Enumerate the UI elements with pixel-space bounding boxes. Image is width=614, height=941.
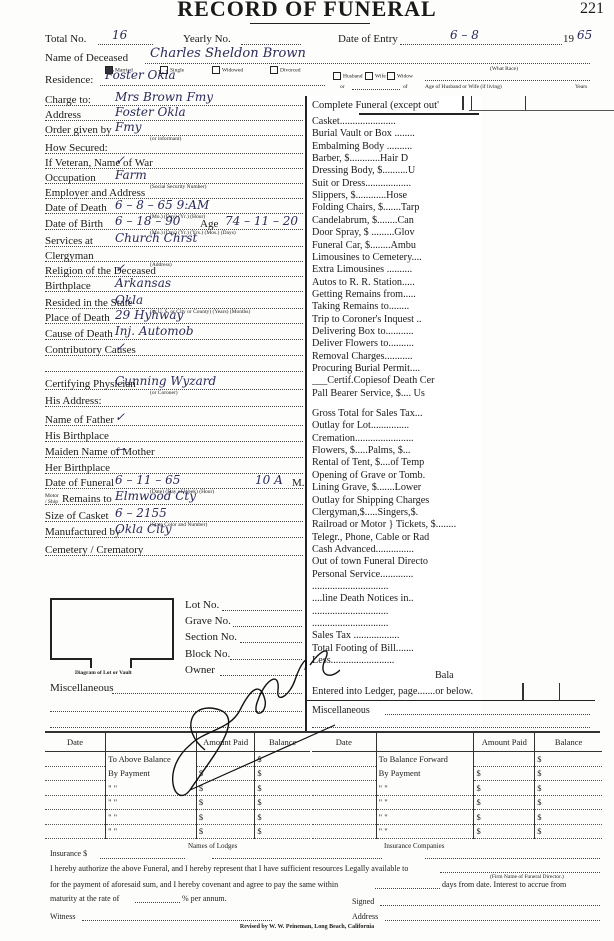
residence-label: Residence: [45, 74, 93, 87]
resided-in-the-state-value[interactable]: Okla [115, 293, 143, 307]
ledger-balance-cell[interactable]: $ [535, 752, 602, 767]
ledger-desc-cell: By Payment [376, 766, 474, 781]
ledger-box-right [559, 683, 560, 700]
remains-to-value[interactable]: Elmwood Cty [115, 489, 196, 503]
address-line[interactable] [45, 120, 303, 121]
charge-row[interactable]: Personal Service............. [312, 569, 413, 581]
order-given-by-label: Order given by [45, 124, 112, 137]
total-no-value[interactable]: 16 [112, 28, 127, 42]
ledger-desc-cell: To Balance Forward [376, 752, 474, 767]
funeral-meridiem: M. [292, 477, 305, 490]
manufactured-by-value[interactable]: Okla City [115, 522, 172, 536]
religion-of-the-deceased-value[interactable]: ✓ [115, 261, 125, 275]
marital-divorced[interactable]: Divorced [270, 66, 300, 74]
ledger-date-cell[interactable] [45, 824, 106, 839]
place-of-death-label: Place of Death [45, 312, 110, 325]
occupation-hint: (Social Security Number) [150, 184, 207, 190]
charges-amount-rule [469, 110, 614, 111]
date-of-death-label: Date of Death [45, 202, 107, 215]
funeral-hour-value[interactable]: 10 A [255, 473, 283, 487]
companies-line[interactable] [425, 858, 600, 859]
ledger-row: " "$$ [312, 810, 602, 825]
charge-row[interactable]: Railroad or Motor } Tickets, $........ [312, 519, 456, 531]
ledger-right-amount-header: Amount Paid [474, 733, 535, 752]
residence-line [100, 85, 325, 86]
order-given-by-hint: (or informant) [150, 136, 181, 142]
charge-row[interactable]: Cremation....................... [312, 433, 414, 445]
charge-row[interactable]: Procuring Burial Permit.... [312, 363, 420, 375]
charge-row[interactable]: Removal Charges........... [312, 351, 413, 363]
charge-row[interactable]: Dressing Body, $..........U [312, 165, 415, 177]
insurance-line[interactable] [100, 858, 185, 859]
ledger-amount-cell[interactable]: $ [196, 824, 254, 839]
ledger-amount-cell[interactable]: $ [474, 781, 535, 796]
if-veteran-name-of-war-value[interactable]: ✓ [115, 153, 125, 167]
charge-row[interactable]: Delivering Box to........... [312, 326, 414, 338]
page-number: 221 [580, 0, 604, 18]
charge-row[interactable]: Barber, $............Hair D [312, 153, 408, 165]
services-at-value[interactable]: Church Chrst [115, 231, 197, 245]
diagram-leg-right [130, 658, 132, 668]
ledger-balance-cell[interactable]: $ [535, 824, 602, 839]
interest-rate-line[interactable] [135, 902, 180, 903]
ledger-date-cell[interactable] [45, 766, 106, 781]
signed-label: Signed [352, 897, 374, 906]
residence-value[interactable]: Foster Okla [105, 68, 176, 82]
date-of-funeral-label: Date of Funeral [45, 477, 114, 490]
charge-row[interactable]: Funeral Car, $........Ambu [312, 240, 416, 252]
birthplace-label: Birthplace [45, 280, 91, 293]
charge-row[interactable]: Outlay for Lot............... [312, 420, 409, 432]
charge-row[interactable]: .............................. [312, 581, 388, 593]
age-value[interactable]: 74 – 11 – 20 [225, 214, 298, 228]
charge-row[interactable]: .............................. [312, 606, 388, 618]
spouse-widow[interactable]: Widow [387, 72, 413, 80]
charge-row[interactable]: Getting Remains from..... [312, 289, 416, 301]
charge-row[interactable]: Candelabrum, $........Can [312, 215, 414, 227]
ledger-date-cell[interactable] [45, 795, 106, 810]
spouse-of: of [403, 84, 408, 90]
charges-amount-column [462, 96, 472, 110]
ledger-right-balance-header: Balance [535, 733, 602, 752]
occupation-value[interactable]: Farm [115, 168, 147, 182]
yearly-no-label: Yearly No. [183, 33, 231, 46]
ledger-date-cell[interactable] [312, 824, 376, 839]
ledger-balance-cell[interactable]: $ [535, 810, 602, 825]
remains-to-label: Remains to [62, 493, 112, 506]
charge-row[interactable]: Lining Grave, $.......Lower [312, 482, 421, 494]
spouse-age-units: Years [575, 84, 587, 90]
ledger-desc-cell: " " [106, 810, 197, 825]
name-of-father-label: Name of Father [45, 414, 114, 427]
charge-row[interactable]: Pall Bearer Service, $.... Us [312, 388, 425, 400]
lodges-label: Names of Lodges [188, 843, 228, 850]
ledger-amount-cell[interactable]: $ [196, 810, 254, 825]
ledger-balance-cell[interactable]: $ [255, 810, 310, 825]
diagram-label: Diagram of Lot or Vault [75, 670, 132, 676]
ledger-date-cell[interactable] [45, 752, 106, 767]
deceased-name-value[interactable]: Charles Sheldon Brown [150, 46, 306, 61]
total-no-label: Total No. [45, 33, 86, 46]
ledger-desc-cell: " " [376, 781, 474, 796]
ledger-desc-cell: " " [106, 824, 197, 839]
ledger-desc-cell: " " [376, 795, 474, 810]
charge-row[interactable]: Out of town Funeral Directo [312, 556, 428, 568]
her-birthplace-label: Her Birthplace [45, 462, 110, 475]
ledger-row: " "$$ [45, 824, 310, 839]
charge-row[interactable]: Limousines to Cemetery.... [312, 252, 422, 264]
charge-row[interactable]: Burial Vault or Box ........ [312, 128, 415, 140]
charge-row[interactable]: Clergyman,$.....Singers,$. [312, 507, 418, 519]
ledger-date-cell[interactable] [45, 810, 106, 825]
complete-funeral-header: Complete Funeral (except out' [312, 100, 439, 112]
checkbox-icon [270, 66, 278, 74]
size-of-casket-label: Size of Casket [45, 510, 109, 523]
panel-misc-line-1[interactable] [385, 714, 590, 715]
witness-label: Witness [50, 912, 75, 921]
age-label: Age [200, 218, 218, 231]
what-race-label: (What Race) [490, 66, 518, 72]
date-of-birth-label: Date of Birth [45, 218, 103, 231]
spouse-of-line[interactable] [352, 89, 400, 90]
checkbox-icon [387, 72, 395, 80]
charge-to-value[interactable]: Mrs Brown Fmy [115, 90, 213, 104]
charge-row[interactable]: Taking Remains to........ [312, 301, 409, 313]
place-of-death-value[interactable]: 29 Hyhway [115, 308, 183, 322]
ledger-amount-cell[interactable]: $ [474, 824, 535, 839]
charge-row[interactable]: Casket...................... [312, 116, 396, 128]
ledger-right: Date Amount Paid Balance To Balance Forw… [312, 733, 602, 839]
his-address-label: His Address: [45, 395, 102, 408]
year-prefix: 19 [563, 33, 574, 46]
percent-text: % per annum. [182, 894, 227, 903]
total-no-line [98, 44, 153, 45]
ledger-row: " "$$ [312, 781, 602, 796]
grave-no-line[interactable] [233, 626, 302, 627]
spouse-or: or [340, 84, 345, 90]
charge-row[interactable]: Trip to Coroner's Inquest .. [312, 314, 422, 326]
date-of-entry-value[interactable]: 6 – 8 [450, 28, 479, 42]
address-label: Address [352, 912, 378, 921]
firm-name-line[interactable] [440, 872, 600, 873]
diagram-leg-left [90, 658, 92, 668]
how-secured-label: How Secured: [45, 142, 108, 155]
authorize-text: I hereby authorize the above Funeral, an… [50, 864, 408, 873]
spouse-age-label: Age of Husband or Wife (if living) [425, 84, 502, 90]
charge-row[interactable]: Gross Total for Sales Tax... [312, 408, 423, 420]
grave-no-label: Grave No. [185, 615, 231, 628]
charge-to-label: Charge to: [45, 94, 91, 107]
form-title: RECORD OF FUNERAL [0, 0, 614, 22]
maiden-name-of-mother-label: Maiden Name of Mother [45, 446, 155, 459]
maturity-text: maturity at the rate of [50, 894, 119, 903]
ledger-date-cell[interactable] [312, 810, 376, 825]
charge-row[interactable]: .............................. [312, 618, 388, 630]
ledger-right-desc-header [376, 733, 474, 752]
motor-ship-label: Motor / Ship [45, 493, 60, 505]
yearly-no-line[interactable] [241, 44, 301, 45]
address-line[interactable] [385, 920, 600, 921]
spouse-wife[interactable]: Wife [365, 72, 386, 80]
ledger-balance-cell[interactable]: $ [535, 781, 602, 796]
certifying-physician-hint: (or Coroner) [150, 390, 178, 396]
charge-row[interactable]: ....line Death Notices in.. [312, 593, 414, 605]
charges-cents-column [525, 96, 526, 110]
ledger-row: " "$$ [312, 795, 602, 810]
charge-row[interactable]: Outlay for Shipping Charges [312, 495, 429, 507]
balance-label: Bala [435, 670, 454, 682]
diagram-bottom-left [50, 658, 92, 660]
lot-no-line[interactable] [222, 610, 302, 611]
certifying-physician-value[interactable]: Cunning Wyzard [115, 374, 216, 388]
manufactured-by-label: Manufactured by [45, 526, 120, 539]
ledger-row: " "$$ [45, 810, 310, 825]
spouse-husband[interactable]: Husband [333, 72, 363, 80]
charge-row[interactable]: Extra Limousines .......... [312, 264, 412, 276]
charge-row[interactable]: Telegr., Phone, Cable or Rad [312, 532, 429, 544]
blank-line[interactable] [45, 371, 303, 372]
checkbox-icon [365, 72, 373, 80]
clergyman-label: Clergyman [45, 250, 94, 263]
ledger-left-date-header: Date [45, 733, 106, 752]
year-value[interactable]: 65 [577, 28, 592, 42]
charge-row[interactable]: Door Spray, $ .........Glov [312, 227, 415, 239]
days-text: days from date. Interest to accrue from [442, 880, 566, 889]
title-underline [250, 23, 370, 24]
his-birthplace-label: His Birthplace [45, 430, 109, 443]
charge-row[interactable]: Flowers, $.....Palms, $... [312, 445, 410, 457]
revised-by: Revised by W. W. Peineman, Long Beach, C… [0, 924, 614, 930]
ledger-balance-cell[interactable]: $ [535, 766, 602, 781]
charge-row[interactable]: Opening of Grave or Tomb. [312, 470, 425, 482]
occupation-label: Occupation [45, 172, 96, 185]
ledger-balance-cell[interactable]: $ [535, 795, 602, 810]
order-given-by-value[interactable]: Fmy [115, 120, 141, 134]
charge-row[interactable]: Slippers, $............Hose [312, 190, 407, 202]
header-underline [359, 113, 479, 115]
charge-row[interactable]: Cash Advanced............... [312, 544, 414, 556]
ledger-date-cell[interactable] [45, 781, 106, 796]
contributory-causes-value[interactable]: ✓ [115, 340, 125, 354]
services-at-label: Services at [45, 235, 93, 248]
date-of-birth-value[interactable]: 6 – 18 – 90 [115, 214, 180, 228]
address-label: Address [45, 109, 81, 122]
panel-misc-line-2[interactable] [312, 727, 590, 728]
ledger-amount-cell[interactable]: $ [474, 810, 535, 825]
date-of-entry-line [400, 44, 562, 45]
days-line[interactable] [375, 888, 440, 889]
misc-label: Miscellaneous [50, 682, 114, 695]
charge-row[interactable]: Deliver Flowers to.......... [312, 338, 414, 350]
signature-scrawl-icon [150, 640, 340, 810]
lodges-line[interactable] [212, 858, 382, 859]
marital-widowed[interactable]: Widowed [212, 66, 243, 74]
date-of-funeral-value[interactable]: 6 – 11 – 65 [115, 473, 180, 487]
charges-panel: Complete Funeral (except out' Casket....… [305, 96, 482, 731]
charge-row[interactable]: Embalming Body .......... [312, 141, 412, 153]
signed-line[interactable] [380, 905, 600, 906]
size-of-casket-value[interactable]: 6 – 2155 [115, 506, 167, 520]
deceased-name-label: Name of Deceased [45, 52, 128, 65]
charge-row[interactable]: Rental of Tent, $....of Temp [312, 457, 424, 469]
ledger-row: To Balance Forward$ [312, 752, 602, 767]
ledger-row: " "$$ [312, 824, 602, 839]
address-value[interactable]: Foster Okla [115, 105, 186, 119]
checkbox-icon [212, 66, 220, 74]
ledger-balance-cell[interactable]: $ [255, 824, 310, 839]
lot-no-label: Lot No. [185, 599, 219, 612]
companies-label: Insurance Companies [384, 843, 434, 850]
name-of-father-value[interactable]: ✓ [115, 410, 125, 424]
spouse-name-line[interactable] [425, 80, 590, 81]
cause-of-death-label: Cause of Death [45, 328, 113, 341]
ledger-desc-cell: " " [376, 810, 474, 825]
cause-of-death-value[interactable]: Inj. Automob [115, 324, 194, 338]
maiden-name-of-mother-value[interactable]: — [115, 442, 127, 456]
ledger-amount-cell[interactable] [474, 752, 535, 767]
date-of-entry-label: Date of Entry [338, 33, 398, 46]
ledger-entry-rule [305, 700, 595, 701]
ledger-amount-cell[interactable]: $ [474, 795, 535, 810]
charge-row[interactable]: Suit or Dress.................. [312, 178, 411, 190]
witness-line[interactable] [82, 920, 272, 921]
insurance-label: Insurance $ [50, 849, 87, 858]
payment-text: for the payment of aforesaid sum, and I … [50, 880, 338, 889]
charge-row[interactable]: Autos to R. R. Station..... [312, 277, 415, 289]
birthplace-value[interactable]: Arkansas [115, 276, 171, 290]
charge-row[interactable]: Folding Chairs, $.......Tarp [312, 202, 419, 214]
cemetery-crematory-label: Cemetery / Crematory [45, 544, 143, 557]
ledger-desc-cell: " " [376, 824, 474, 839]
deceased-name-line [145, 63, 590, 64]
ledger-amount-cell[interactable]: $ [474, 766, 535, 781]
checkbox-icon [333, 72, 341, 80]
date-of-death-value[interactable]: 6 – 8 – 65 9:AM [115, 198, 209, 212]
charge-row[interactable]: ___Certif.Copiesof Death Cer [312, 375, 435, 387]
ledger-box-left [522, 683, 524, 700]
ledger-row: By Payment$$ [312, 766, 602, 781]
